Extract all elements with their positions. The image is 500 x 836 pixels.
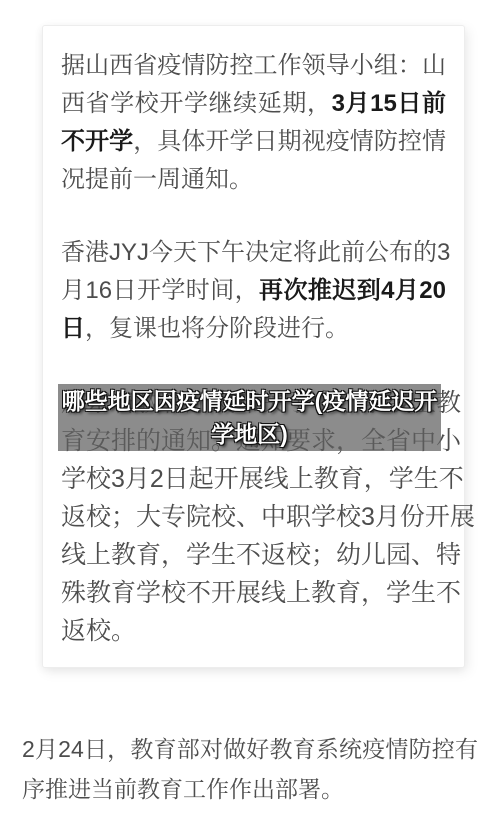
text-line: 返校。 (61, 612, 461, 650)
paragraph-shanxi-delay: 据山西省疫情防控工作领导小组：山西省学校开学继续延期，3月15日前不开学，具体开… (61, 47, 446, 199)
text-line: 日，复课也将分阶段进行。 (61, 310, 446, 348)
paragraph-ministry-deployment: 2月24日，教育部对做好教育系统疫情防控有序推进当前教育工作作出部署。 (22, 729, 478, 809)
text-line: 返校；大专院校、中职学校3月份开展 (61, 498, 461, 536)
paragraph-hongkong-delay: 香港JYJ今天下午决定将此前公布的3月16日开学时间，再次推迟到4月20日，复课… (61, 234, 446, 348)
page-title: 哪些地区因疫情延时开学(疫情延迟开学地区) (58, 385, 441, 451)
text-line: 不开学，具体开学日期视疫情防控情 (61, 123, 446, 161)
text-line: 序推进当前教育工作作出部署。 (22, 769, 478, 809)
article-card: 据山西省疫情防控工作领导小组：山西省学校开学继续延期，3月15日前不开学，具体开… (42, 25, 465, 668)
text-line: 线上教育，学生不返校；幼儿园、特 (61, 536, 461, 574)
text-line: 西省学校开学继续延期，3月15日前 (61, 85, 446, 123)
text-line: 月16日开学时间，再次推迟到4月20 (61, 272, 446, 310)
text-line: 香港JYJ今天下午决定将此前公布的3 (61, 234, 446, 272)
text-line: 2月24日，教育部对做好教育系统疫情防控有 (22, 729, 478, 769)
title-overlay: 哪些地区因疫情延时开学(疫情延迟开学地区) (58, 384, 441, 451)
text-line: 况提前一周通知。 (61, 161, 446, 199)
text-line: 殊教育学校不开展线上教育，学生不 (61, 574, 461, 612)
text-line: 学校3月2日起开展线上教育，学生不 (61, 460, 461, 498)
text-line: 据山西省疫情防控工作领导小组：山 (61, 47, 446, 85)
